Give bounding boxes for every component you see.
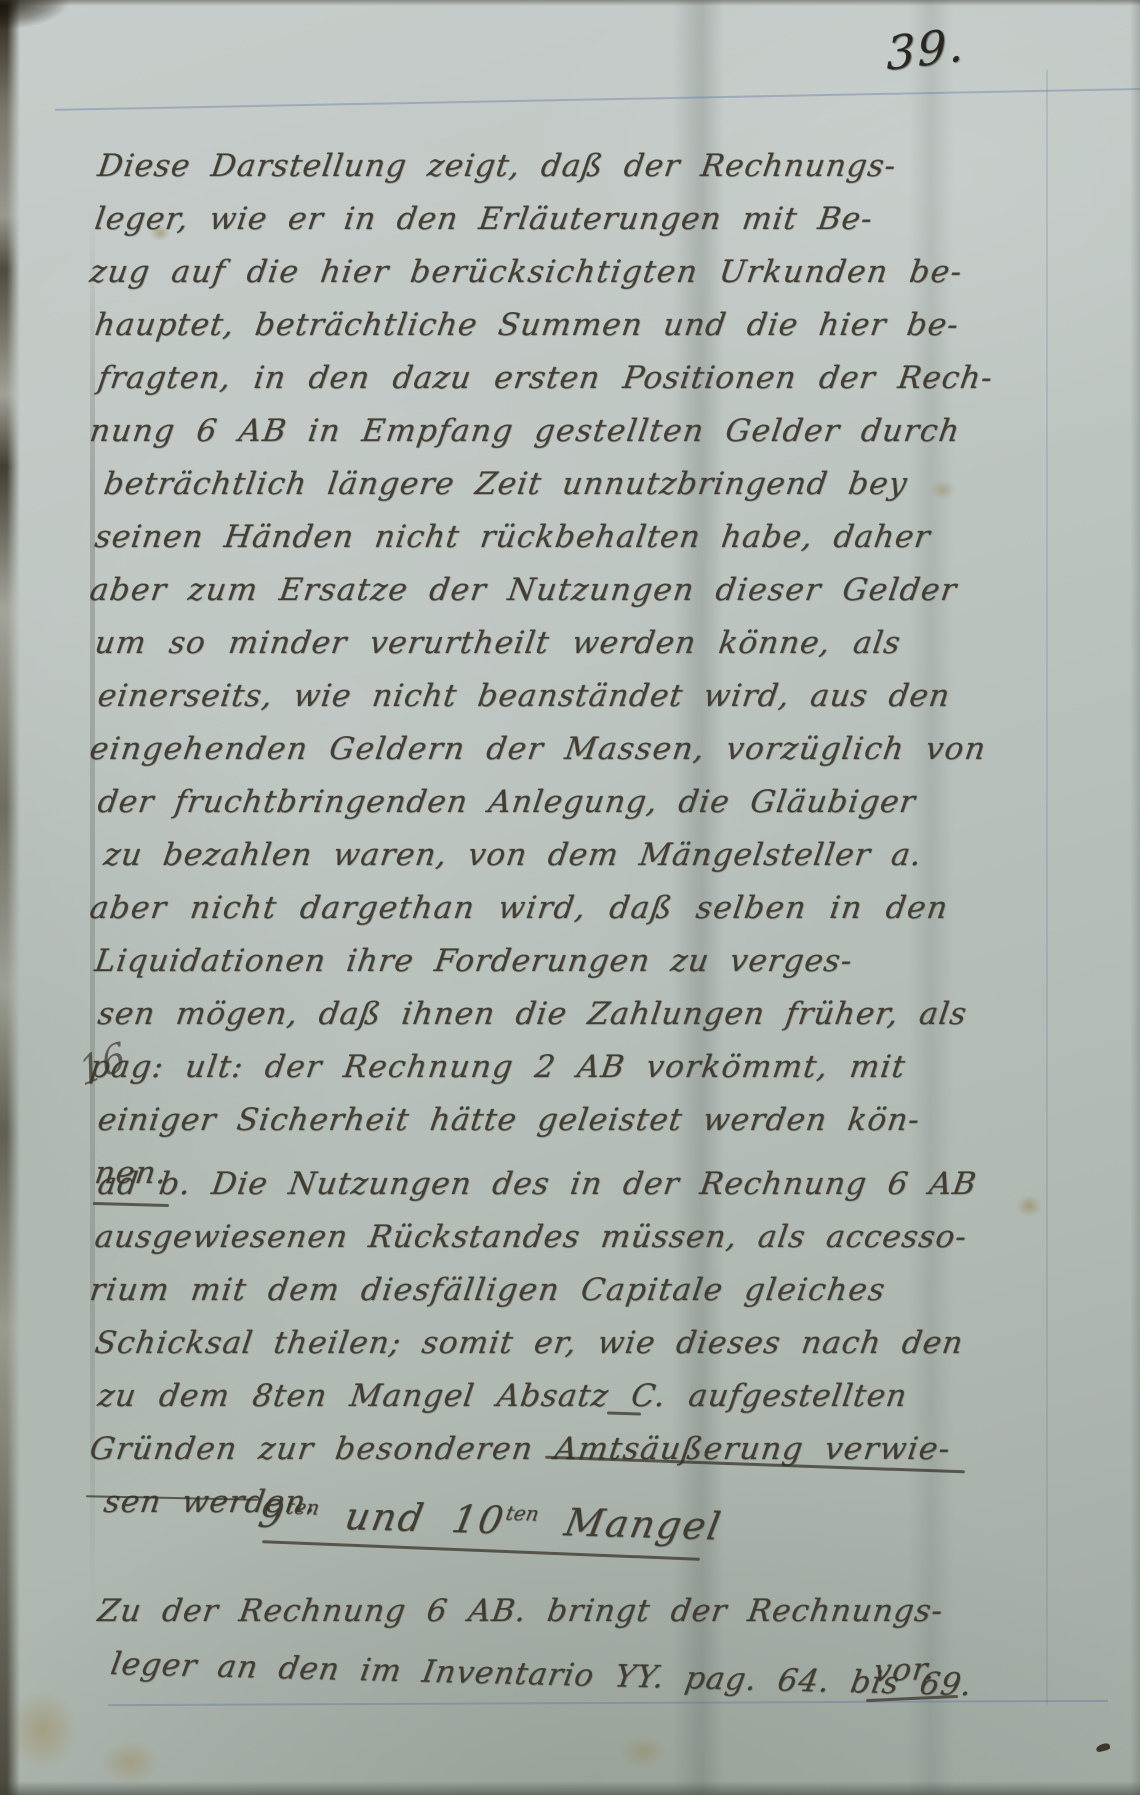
manuscript-line: beträchtlich längere Zeit unnutzbringend… (100, 458, 983, 511)
manuscript-line: eingehenden Geldern der Massen, vorzügli… (86, 723, 983, 776)
heading-ordinal-suffix-1: ten (284, 1495, 321, 1520)
ruled-margin-line-right (1046, 70, 1048, 1705)
catchword: vor. (872, 1651, 938, 1689)
heading-ordinal-suffix-2: ten (504, 1501, 541, 1526)
book-binding-edge (0, 0, 20, 1795)
manuscript-line: fragten, in den dazu ersten Positionen d… (94, 352, 983, 405)
paragraph-2: ad b. Die Nutzungen des in der Rechnung … (95, 1158, 980, 1529)
heading-word: Mangel (533, 1499, 725, 1548)
manuscript-line: zug auf die hier berücksichtigten Urkund… (86, 246, 983, 299)
manuscript-line: der fruchtbringenden Anlegung, die Gläub… (94, 776, 983, 829)
paragraph-3: Zu der Rechnung 6 AB. bringt der Rechnun… (95, 1585, 980, 1691)
manuscript-line: leger, wie er in den Erläuterungen mit B… (91, 193, 983, 246)
manuscript-line: pag: ult: der Rechnung 2 AB vorkömmt, mi… (86, 1041, 983, 1094)
manuscript-line: ausgewiesenen Rückstandes müssen, als ac… (91, 1211, 983, 1264)
manuscript-line: rium mit dem diesfälligen Capitale gleic… (86, 1264, 983, 1317)
paper-stain (100, 1740, 160, 1785)
ruled-margin-line-top (55, 88, 1140, 111)
page-number: 39. (886, 17, 966, 81)
manuscript-line: Diese Darstellung zeigt, daß der Rechnun… (94, 140, 983, 193)
paper-stain (620, 1735, 666, 1769)
manuscript-line: Schicksal theilen; somit er, wie dieses … (91, 1317, 983, 1370)
page-edge-right (1130, 0, 1140, 1795)
manuscript-line: einiger Sicherheit hätte geleistet werde… (94, 1094, 983, 1147)
page-edge-top (0, 0, 1140, 6)
manuscript-line: ad b. Die Nutzungen des in der Rechnung … (94, 1158, 983, 1211)
paper-stain (8, 1690, 78, 1770)
ink-mark (1095, 1742, 1110, 1752)
manuscript-line: nung 6 AB in Empfang gestellten Gelder d… (86, 405, 983, 458)
manuscript-line: aber zum Ersatze der Nutzungen dieser Ge… (86, 564, 983, 617)
manuscript-line: Liquidationen ihre Forderungen zu verges… (91, 935, 983, 988)
manuscript-line: zu dem 8ten Mangel Absatz C. aufgestellt… (94, 1370, 983, 1423)
manuscript-line: zu bezahlen waren, von dem Mängelsteller… (100, 829, 983, 882)
manuscript-page: 39. Diese Darstellung zeigt, daß der Rec… (0, 0, 1140, 1795)
manuscript-line: aber nicht dargethan wird, daß selben in… (86, 882, 983, 935)
manuscript-line: hauptet, beträchtliche Summen und die hi… (91, 299, 983, 352)
manuscript-line: um so minder verurtheilt werden könne, a… (91, 617, 983, 670)
paragraph-1: Diese Darstellung zeigt, daß der Rechnun… (95, 140, 980, 1200)
manuscript-line: leger an den im Inventario YY. pag. 64. … (107, 1638, 981, 1712)
manuscript-line: Zu der Rechnung 6 AB. bringt der Rechnun… (94, 1585, 983, 1638)
paper-stain (1016, 1195, 1042, 1217)
page-edge-bottom (0, 1781, 1140, 1795)
manuscript-line: seinen Händen nicht rückbehalten habe, d… (91, 511, 983, 564)
manuscript-line: einerseits, wie nicht beanständet wird, … (94, 670, 983, 723)
manuscript-line: sen mögen, daß ihnen die Zahlungen frühe… (94, 988, 983, 1041)
heading-conjunction: und 10 (314, 1493, 509, 1542)
dark-corner-top-left (0, 0, 90, 40)
